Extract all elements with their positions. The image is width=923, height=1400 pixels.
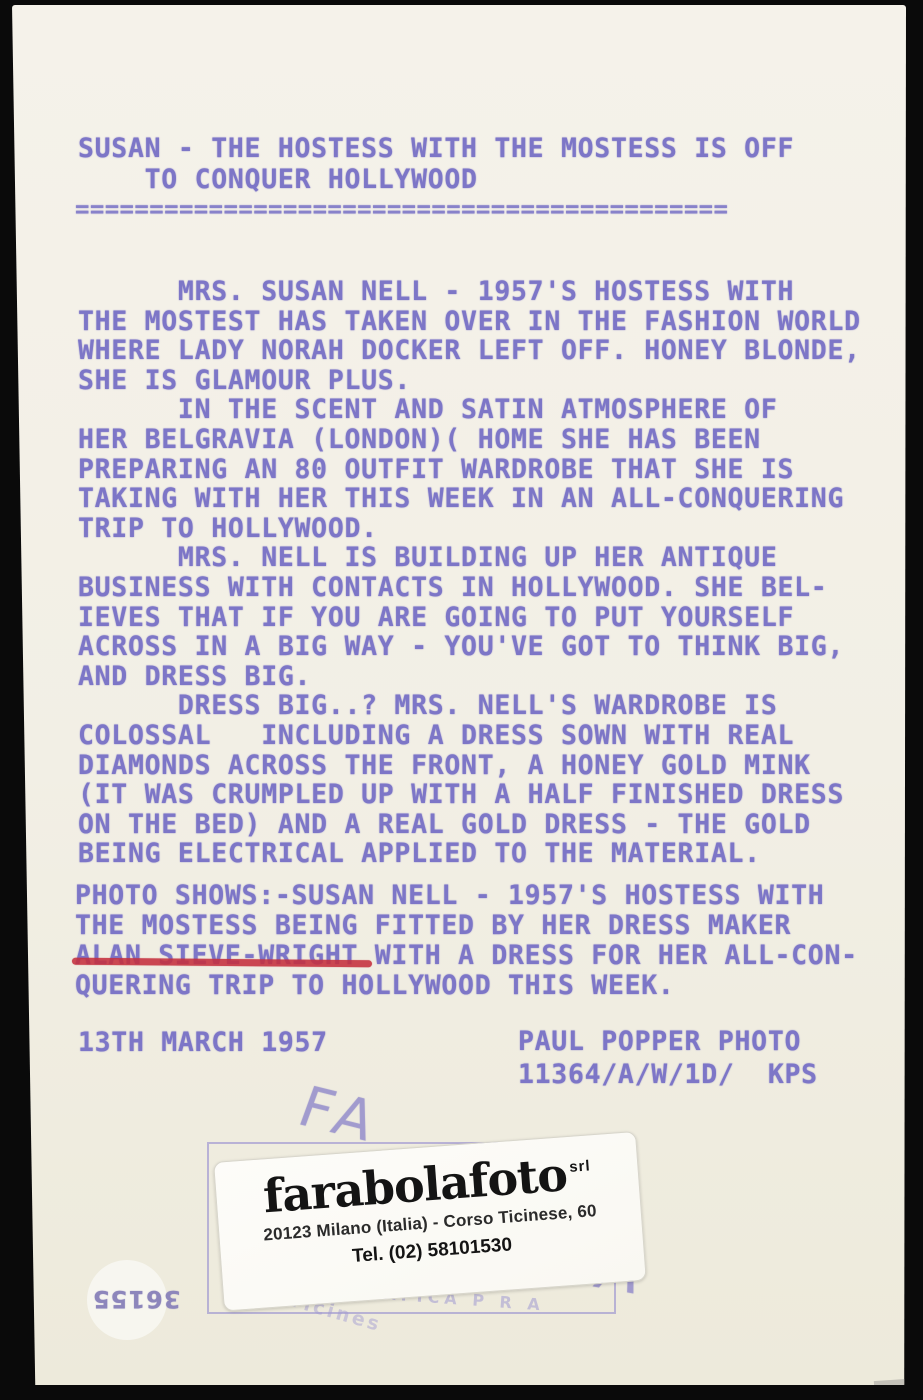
text-line: SUSAN - THE HOSTESS WITH THE MOSTESS IS …: [78, 133, 794, 164]
text-line: (IT WAS CRUMPLED UP WITH A HALF FINISHED…: [78, 780, 861, 810]
caption-title: SUSAN - THE HOSTESS WITH THE MOSTESS IS …: [78, 133, 794, 195]
text-line: DIAMONDS ACROSS THE FRONT, A HONEY GOLD …: [78, 751, 861, 781]
text-line: 11364/A/W/1D/ KPS: [518, 1058, 818, 1091]
text-line: PHOTO SHOWS:-SUSAN NELL - 1957'S HOSTESS…: [75, 881, 858, 911]
text-line: BUSINESS WITH CONTACTS IN HOLLYWOOD. SHE…: [78, 573, 861, 603]
text-line: ALAN SIEVE-WRIGHT WITH A DRESS FOR HER A…: [75, 941, 858, 971]
text-line: IN THE SCENT AND SATIN ATMOSPHERE OF: [78, 395, 861, 425]
text-line: COLOSSAL INCLUDING A DRESS SOWN WITH REA…: [78, 721, 861, 751]
text-line: AND DRESS BIG.: [78, 662, 861, 692]
text-line: BEING ELECTRICAL APPLIED TO THE MATERIAL…: [78, 839, 861, 869]
text-line: ON THE BED) AND A REAL GOLD DRESS - THE …: [78, 810, 861, 840]
text-line: WHERE LADY NORAH DOCKER LEFT OFF. HONEY …: [78, 336, 861, 366]
text-line: IEVES THAT IF YOU ARE GOING TO PUT YOURS…: [78, 603, 861, 633]
archive-number-upside-down: 36155: [92, 1285, 181, 1313]
text-line: MRS. SUSAN NELL - 1957'S HOSTESS WITH: [78, 277, 861, 307]
text-line: TO CONQUER HOLLYWOOD: [78, 164, 794, 195]
text-line: THE MOSTEST HAS TAKEN OVER IN THE FASHIO…: [78, 307, 861, 337]
text-line: SHE IS GLAMOUR PLUS.: [78, 366, 861, 396]
sticker-brand-suffix: srl: [569, 1157, 592, 1176]
text-line: PREPARING AN 80 OUTFIT WARDROBE THAT SHE…: [78, 455, 861, 485]
photo-back-paper: SUSAN - THE HOSTESS WITH THE MOSTESS IS …: [12, 5, 906, 1385]
text-line: TRIP TO HOLLYWOOD.: [78, 514, 861, 544]
text-line: DRESS BIG..? MRS. NELL'S WARDROBE IS: [78, 691, 861, 721]
caption-date: 13TH MARCH 1957: [78, 1028, 328, 1058]
paper-edge-sliver: [874, 1377, 923, 1389]
caption-photo-shows: PHOTO SHOWS:-SUSAN NELL - 1957'S HOSTESS…: [75, 881, 858, 1001]
text-line: HER BELGRAVIA (LONDON)( HOME SHE HAS BEE…: [78, 425, 861, 455]
text-line: QUERING TRIP TO HOLLYWOOD THIS WEEK.: [75, 971, 858, 1001]
text-line: MRS. NELL IS BUILDING UP HER ANTIQUE: [78, 543, 861, 573]
text-line: ACROSS IN A BIG WAY - YOU'VE GOT TO THIN…: [78, 632, 861, 662]
farabolafoto-sticker: farabolafotosrl 20123 Milano (Italia) - …: [213, 1131, 647, 1312]
caption-body: MRS. SUSAN NELL - 1957'S HOSTESS WITHTHE…: [78, 277, 861, 869]
caption-photo-credit: PAUL POPPER PHOTO11364/A/W/1D/ KPS: [518, 1025, 818, 1091]
text-line: TAKING WITH HER THIS WEEK IN AN ALL-CONQ…: [78, 484, 861, 514]
text-line: THE MOSTESS BEING FITTED BY HER DRESS MA…: [75, 911, 858, 941]
title-dashed-rule: ========================================…: [75, 195, 728, 225]
text-line: PAUL POPPER PHOTO: [518, 1025, 818, 1058]
